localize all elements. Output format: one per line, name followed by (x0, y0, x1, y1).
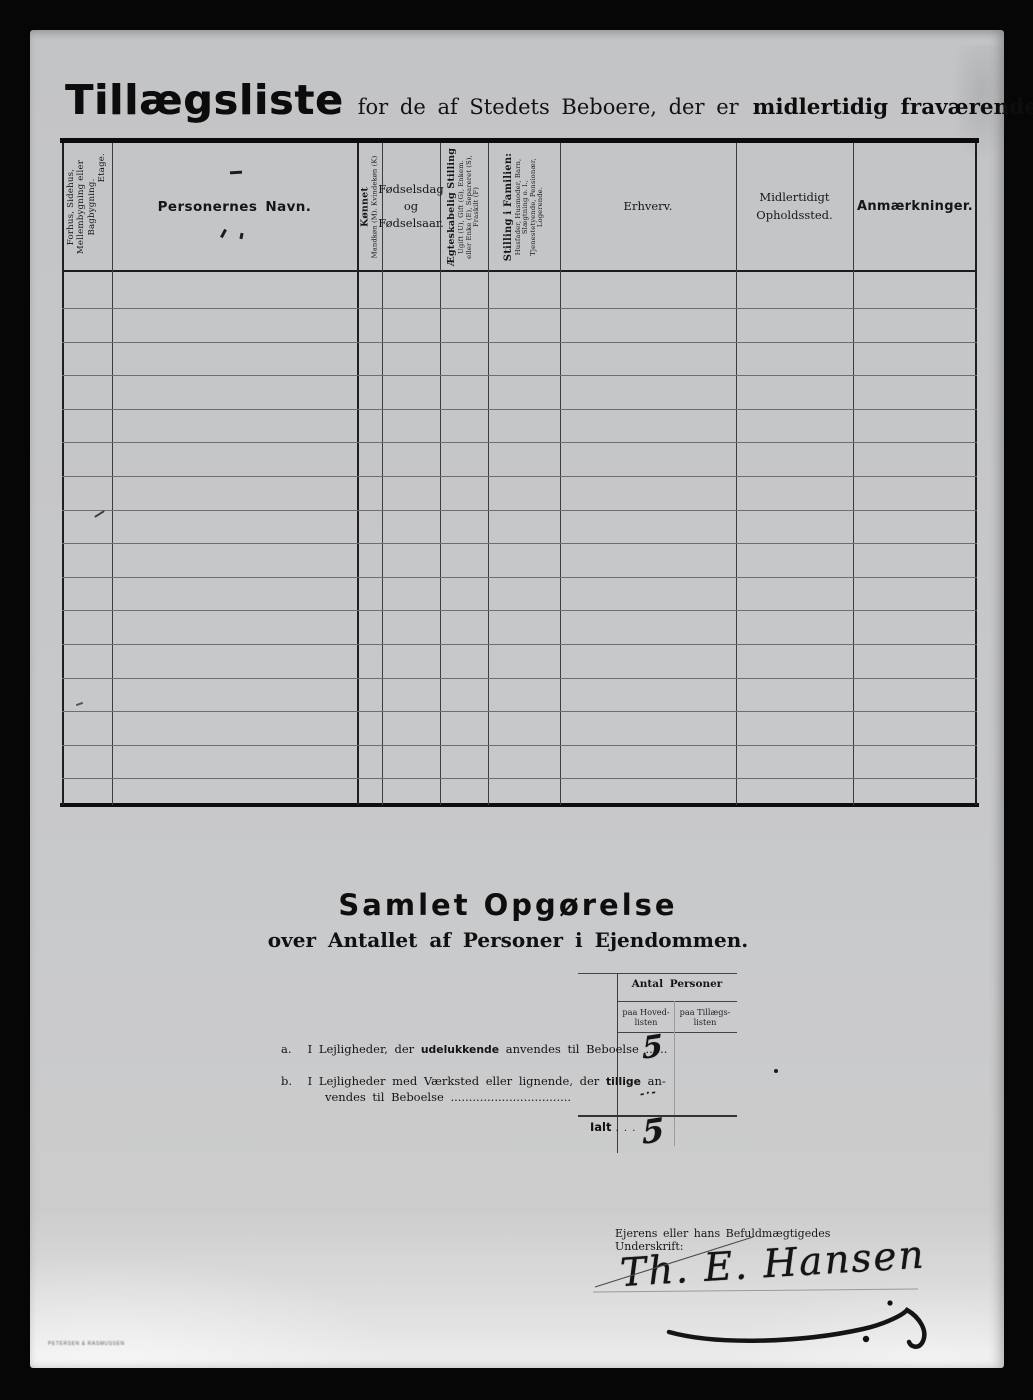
total-label: Ialt . . . (590, 1120, 636, 1134)
table-row-line (62, 308, 977, 309)
ink-mark-speck (76, 702, 83, 706)
table-row-line (62, 644, 977, 645)
header-location: Forhus, Sidehus, Mellembygning eller Bag… (62, 143, 112, 270)
table-row-line (62, 577, 977, 578)
page-title: Tillægsliste for de af Stedets Beboere, … (65, 76, 975, 124)
table-row-line (62, 543, 977, 544)
mini-col-suppl-line2: listen (676, 1017, 734, 1027)
item-b-bold: tillige (606, 1075, 641, 1088)
header-sex-text: Kønnet Mandkøn (M). Kvindekøn (K) (360, 147, 379, 267)
scanned-census-page: Tillægsliste for de af Stedets Beboere, … (0, 0, 1033, 1400)
header-location-line4: Etage. (97, 147, 107, 267)
item-b-prefix: b. (281, 1074, 301, 1088)
table-row-line (62, 745, 977, 746)
ink-mark-tick2 (239, 233, 243, 239)
header-birth-line1: Fødselsdag (378, 181, 444, 198)
ink-mark-dash (230, 171, 242, 175)
total-label-text: Ialt (590, 1120, 611, 1134)
item-a-bold: udelukkende (421, 1043, 499, 1056)
stray-pen-line (595, 1237, 753, 1287)
table-row-line (62, 711, 977, 712)
mini-table-subheader-line (617, 1032, 737, 1033)
item-b-text1: I Lejligheder med Værksted eller lignend… (308, 1074, 600, 1088)
table-row-line (62, 610, 977, 611)
item-a-text2: anvendes til Beboelse ...... (506, 1042, 668, 1056)
signature-dot-2 (887, 1300, 892, 1305)
mini-table-top-line (578, 973, 737, 974)
header-marital-text: Ægteskabelig Stilling Ugift (U), Gift (G… (447, 146, 481, 268)
header-occupation: Erhverv. (560, 143, 736, 270)
table-row-line (62, 342, 977, 343)
table-bottom-border (60, 803, 979, 807)
header-family-main: Stilling i Familien: (503, 146, 515, 268)
header-location-text: Forhus, Sidehus, Mellembygning eller Bag… (66, 147, 108, 267)
header-name: Personernes Navn. (112, 143, 357, 270)
header-family-text: Stilling i Familien: Husfader, Husmoder,… (503, 146, 545, 268)
summary-heading: Samlet Opgørelse (278, 888, 738, 922)
mini-col-main: paa Hoved- listen (619, 1007, 673, 1028)
header-remarks-label: Anmærkninger. (857, 199, 973, 214)
table-row-line (62, 476, 977, 477)
table-header-underline (62, 270, 977, 272)
header-location-line2: Mellembygning eller (77, 147, 87, 267)
page-title-main: Tillægsliste (65, 76, 344, 124)
ink-mark-tick1 (220, 229, 227, 238)
header-sex-main: Kønnet (360, 147, 371, 267)
mini-col-suppl: paa Tillægs- listen (676, 1007, 734, 1028)
table-row-line (62, 442, 977, 443)
paper-sheet: Tillægsliste for de af Stedets Beboere, … (30, 30, 1004, 1368)
item-b-text2: an- (648, 1074, 666, 1088)
page-title-mid: for de af Stedets Beboere, der er (358, 95, 739, 119)
table-row-line (62, 778, 977, 779)
header-location-line3: Bagbygning. (87, 147, 97, 267)
header-residence-line1: Midlertidigt (756, 189, 832, 206)
total-line (578, 1115, 737, 1117)
ink-mark-slash (94, 510, 104, 518)
signature-underline-swash (669, 1310, 924, 1347)
handwritten-value-b: -·- (640, 1087, 658, 1101)
mini-col-main-line2: listen (619, 1017, 673, 1027)
signature-flourish (585, 1215, 945, 1375)
summary-item-a: a. I Lejligheder, der udelukkende anvend… (281, 1042, 667, 1056)
table-row-line (62, 375, 977, 376)
table-row-line (62, 510, 977, 511)
ink-dot (774, 1069, 778, 1073)
table-row-line (62, 409, 977, 410)
header-residence: Midlertidigt Opholdssted. (736, 143, 853, 270)
summary-subheading: over Antallet af Personer i Ejendommen. (248, 928, 768, 952)
header-occupation-label: Erhverv. (624, 198, 673, 215)
header-residence-line2: Opholdssted. (756, 207, 832, 224)
summary-item-b-line1: b. I Lejligheder med Værksted eller lign… (281, 1074, 666, 1088)
header-birth: Fødselsdag og Fødselsaar. (382, 143, 440, 270)
header-location-line1: Forhus, Sidehus, (66, 147, 76, 267)
item-a-text1: I Lejligheder, der (308, 1042, 415, 1056)
header-name-label: Personernes Navn. (158, 199, 312, 215)
header-family-sub4: Logerende. (537, 146, 545, 268)
mini-table-header-line (617, 1001, 737, 1002)
printer-mark: PETERSEN & RASMUSSEN (48, 1341, 125, 1347)
header-marital: Ægteskabelig Stilling Ugift (U), Gift (G… (440, 143, 488, 270)
header-birth-line2: og (378, 198, 444, 215)
header-marital-sub3: Fraskilt (F) (473, 146, 481, 268)
mini-table-header: Antal Personer (617, 978, 737, 990)
header-birth-line3: Fødselsaar. (378, 215, 444, 232)
total-label-dots: . . . (616, 1123, 637, 1134)
item-a-prefix: a. (281, 1042, 301, 1056)
mini-table-middle-line (674, 1001, 675, 1146)
mini-col-suppl-line1: paa Tillægs- (676, 1007, 734, 1017)
table-row-line (62, 678, 977, 679)
baseline-rule (593, 1289, 918, 1292)
census-table: Forhus, Sidehus, Mellembygning eller Bag… (62, 143, 977, 805)
item-b-line2: vendes til Beboelse ....................… (325, 1090, 571, 1104)
header-remarks: Anmærkninger. (853, 143, 977, 270)
page-title-bold: midlertidig fraværende. (753, 95, 1033, 120)
signature-dot-1 (863, 1336, 869, 1342)
header-family: Stilling i Familien: Husfader, Husmoder,… (488, 143, 560, 270)
summary-item-b-line2: vendes til Beboelse ....................… (325, 1090, 571, 1104)
mini-col-main-line1: paa Hoved- (619, 1007, 673, 1017)
